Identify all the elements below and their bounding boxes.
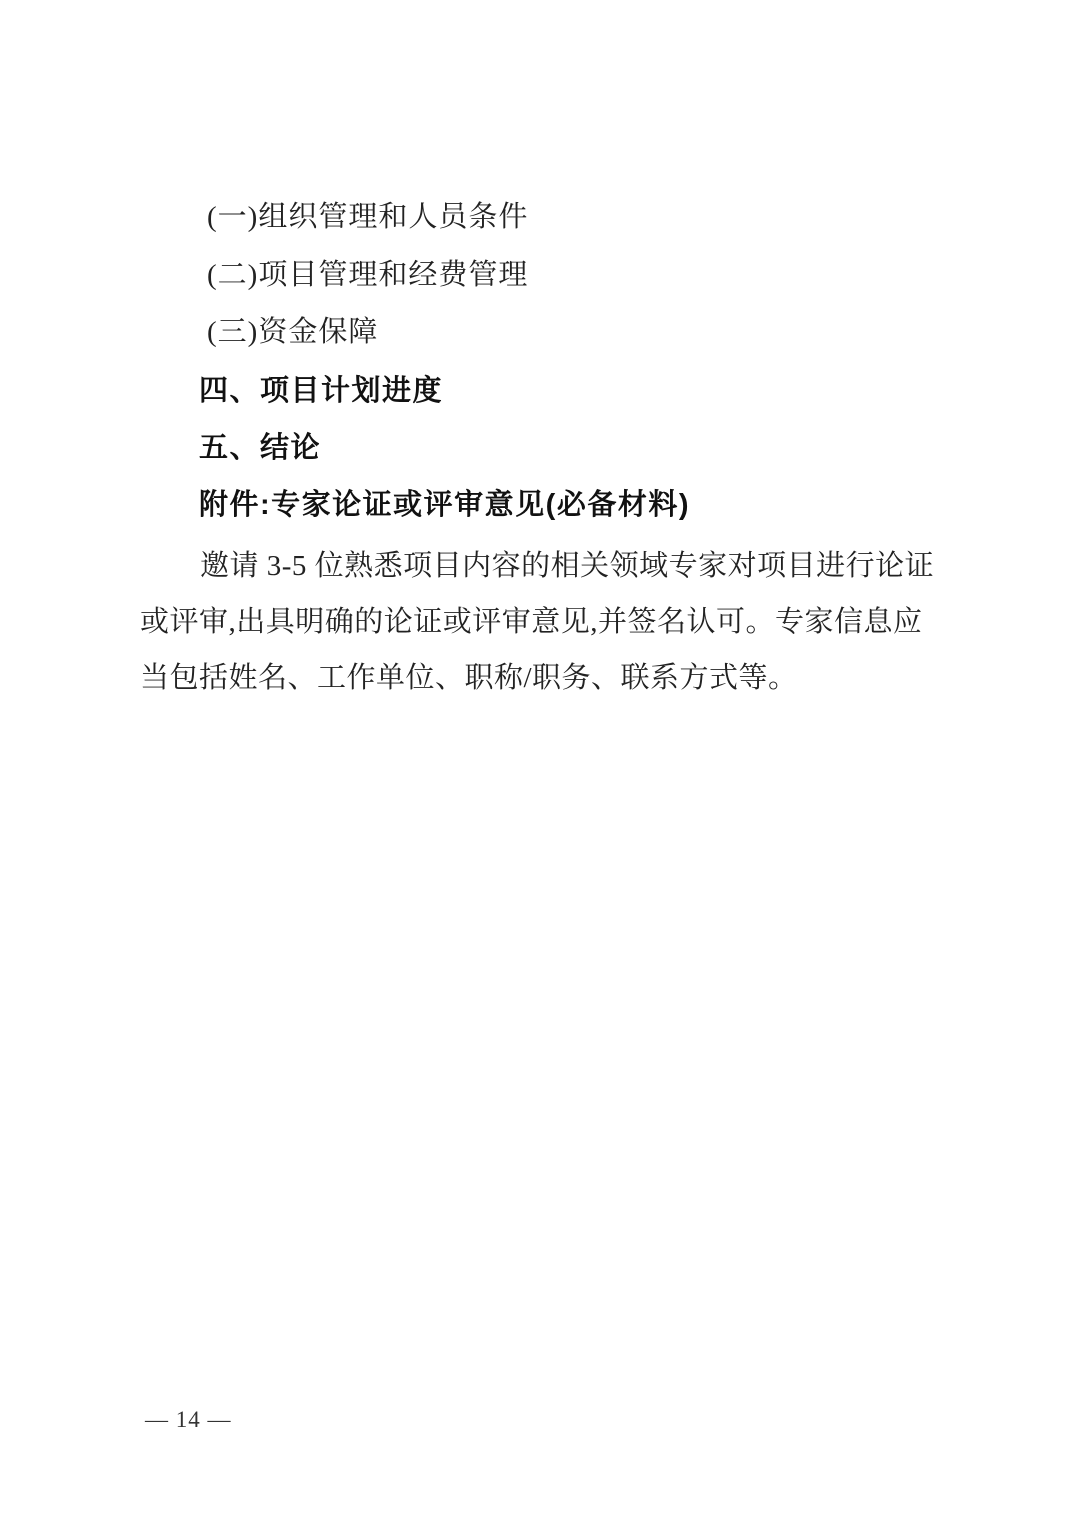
document-page: (一)组织管理和人员条件 (二)项目管理和经费管理 (三)资金保障 四、项目计划… bbox=[0, 0, 1071, 1515]
paragraph-line-1: 邀请 3-5 位熟悉项目内容的相关领域专家对项目进行论证 bbox=[200, 549, 934, 584]
outline-item-3: (三)资金保障 bbox=[207, 315, 378, 350]
heading-attachment: 附件:专家论证或评审意见(必备材料) bbox=[199, 488, 690, 523]
page-number: — 14 — bbox=[145, 1406, 232, 1434]
paragraph-line-3: 当包括姓名、工作单位、职称/职务、联系方式等。 bbox=[140, 661, 798, 696]
heading-section-5: 五、结论 bbox=[199, 431, 321, 466]
heading-section-4: 四、项目计划进度 bbox=[199, 374, 443, 409]
outline-item-1: (一)组织管理和人员条件 bbox=[207, 200, 528, 235]
paragraph-line-2: 或评审,出具明确的论证或评审意见,并签名认可。专家信息应 bbox=[140, 605, 923, 640]
outline-item-2: (二)项目管理和经费管理 bbox=[207, 258, 528, 293]
